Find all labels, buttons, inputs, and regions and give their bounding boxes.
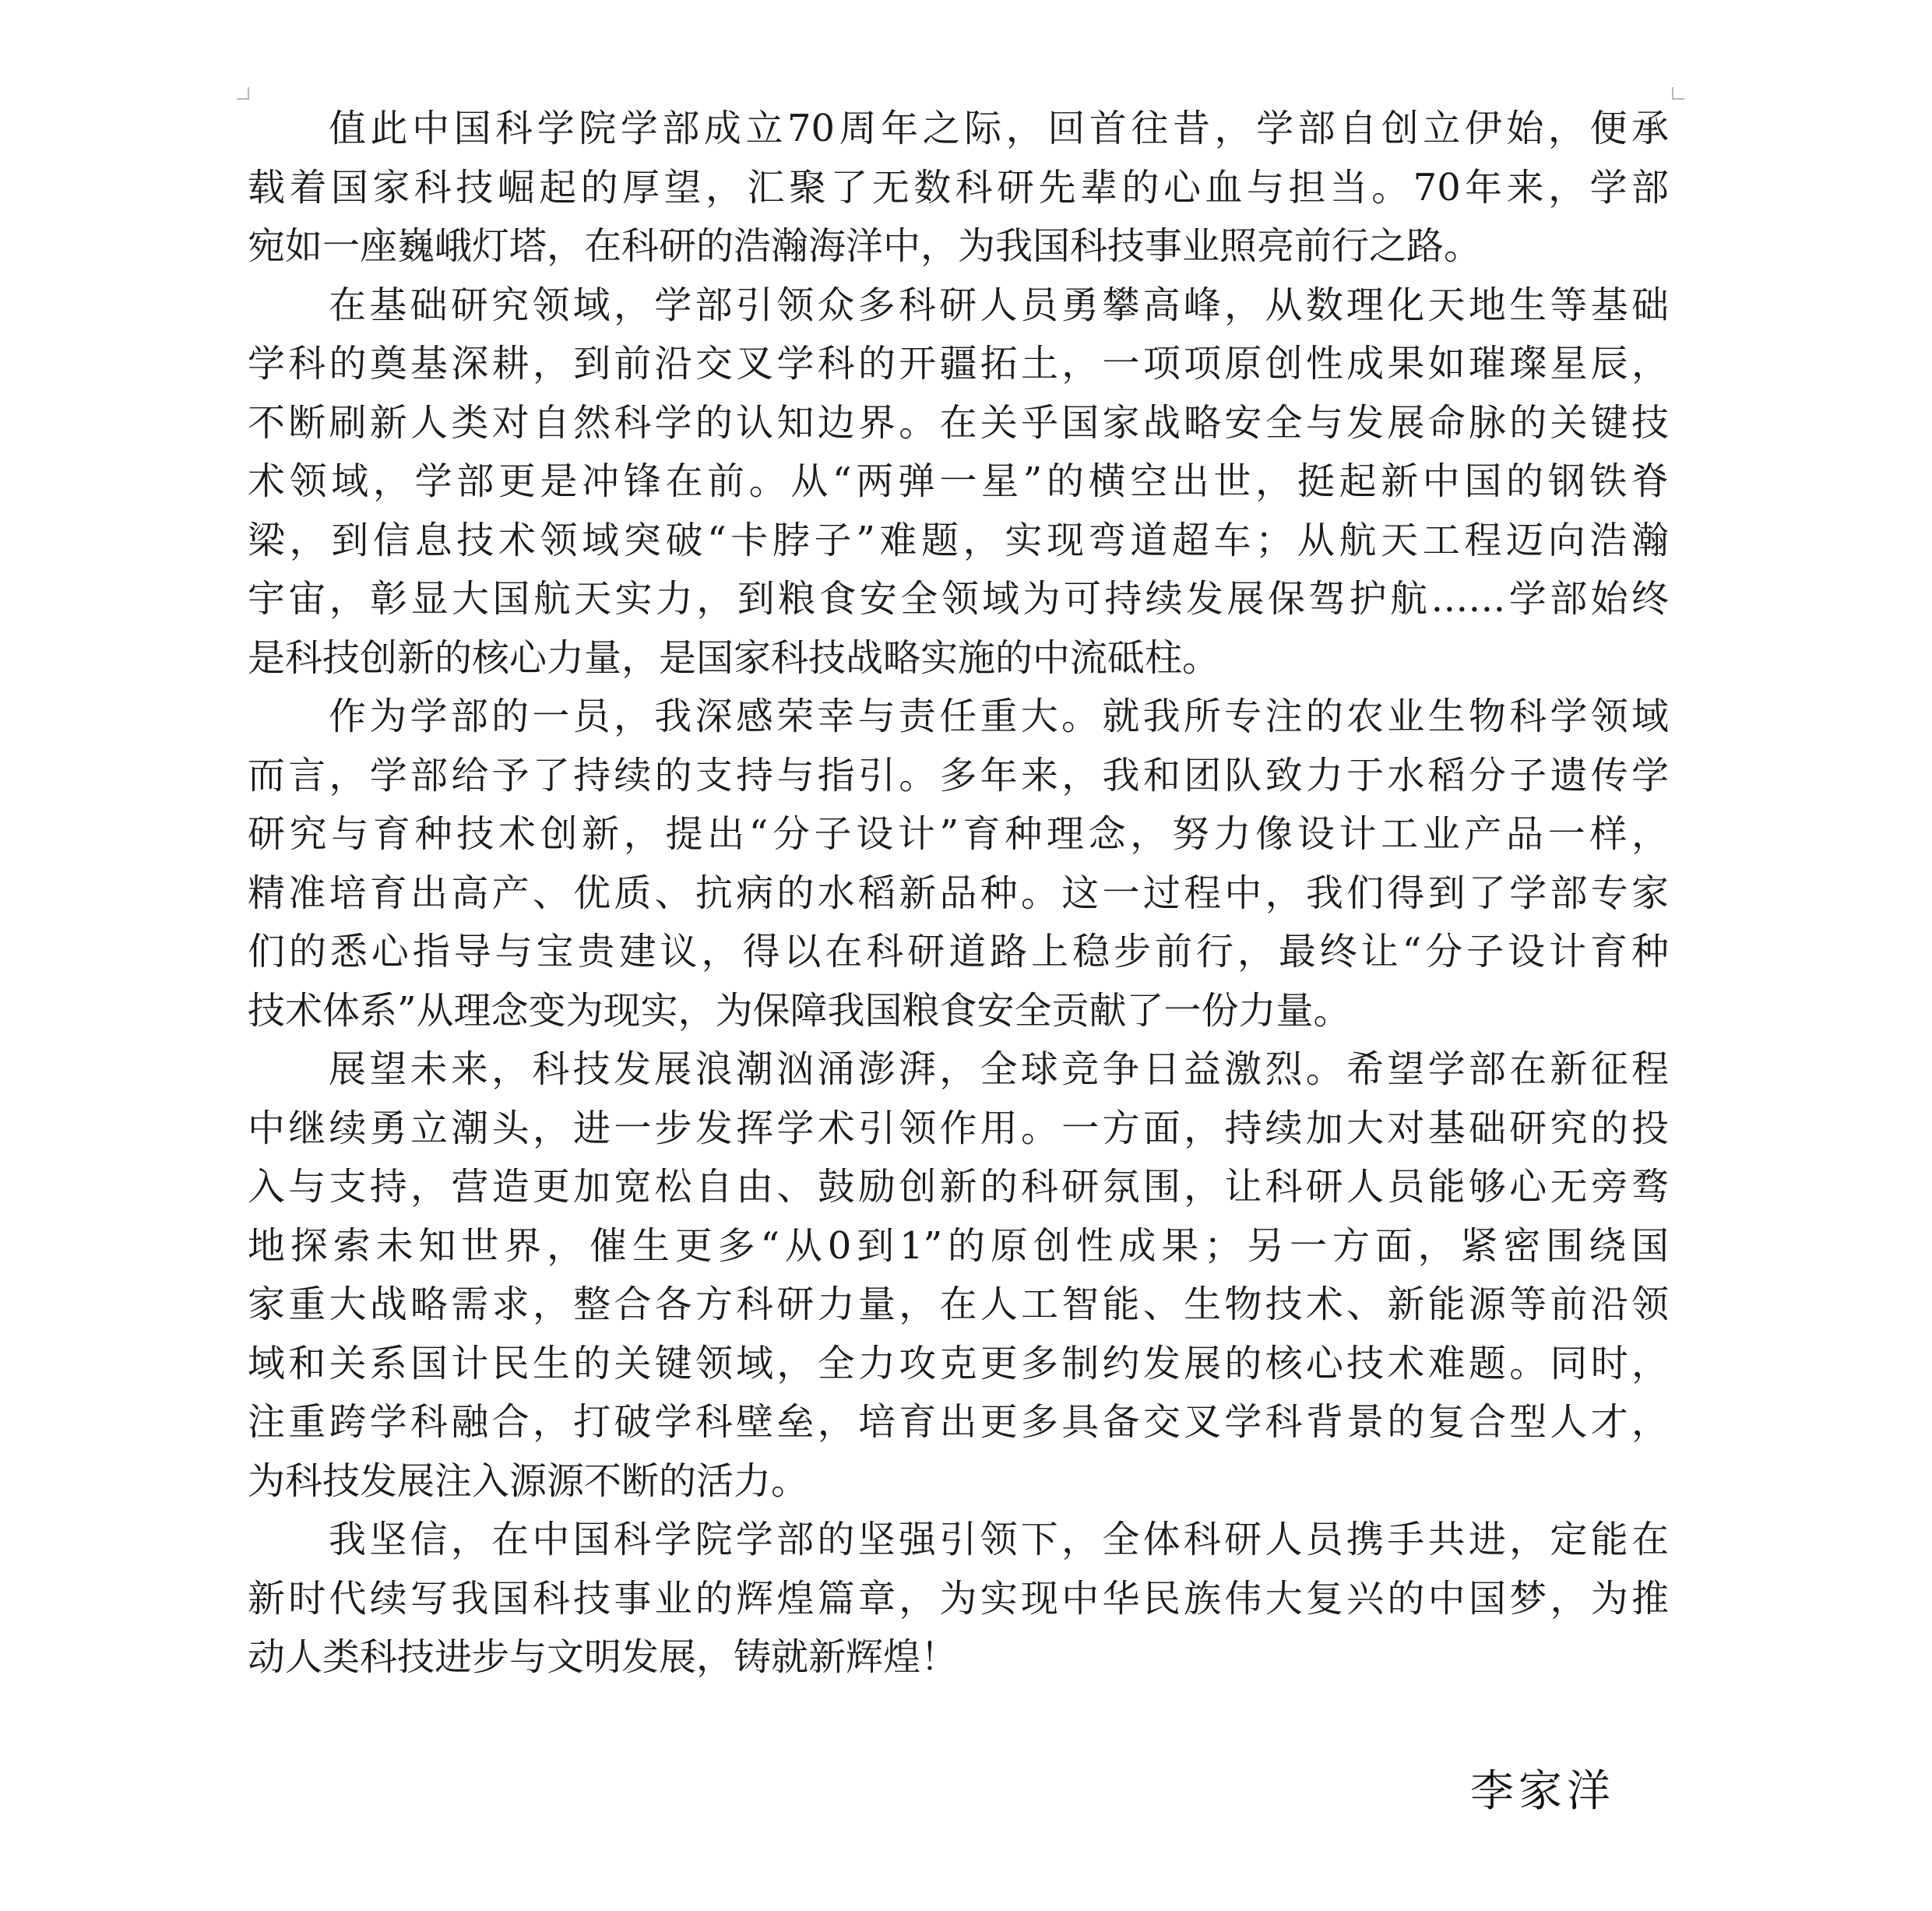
text-line: 为科技发展注入源源不断的活力。 xyxy=(248,1452,1669,1512)
text-line: 我坚信，在中国科学院学部的坚强引领下，全体科研人员携手共进，定能在 xyxy=(248,1511,1669,1570)
text-line: 动人类科技进步与文明发展，铸就新辉煌！ xyxy=(248,1628,1669,1688)
text-line: 宇宙，彰显大国航天实力，到粮食安全领域为可持续发展保驾护航……学部始终 xyxy=(248,570,1669,629)
text-line: 作为学部的一员，我深感荣幸与责任重大。就我所专注的农业生物科学领域 xyxy=(248,688,1669,747)
crop-mark-top-right xyxy=(1672,87,1684,100)
text-line: 梁，到信息技术领域突破“卡脖子”难题，实现弯道超车；从航天工程迈向浩瀚 xyxy=(248,512,1669,571)
text-line: 技术体系”从理念变为现实，为保障我国粮食安全贡献了一份力量。 xyxy=(248,982,1669,1041)
text-line: 新时代续写我国科技事业的辉煌篇章，为实现中华民族伟大复兴的中国梦，为推 xyxy=(248,1570,1669,1629)
author-signature: 李家洋 xyxy=(1470,1757,1615,1819)
text-line: 术领域，学部更是冲锋在前。从“两弹一星”的横空出世，挺起新中国的钢铁脊 xyxy=(248,452,1669,512)
paragraph-3: 作为学部的一员，我深感荣幸与责任重大。就我所专注的农业生物科学领域 而言，学部给… xyxy=(248,688,1669,1040)
text-line: 在基础研究领域，学部引领众多科研人员勇攀高峰，从数理化天地生等基础 xyxy=(248,276,1669,336)
text-line: 中继续勇立潮头，进一步发挥学术引领作用。一方面，持续加大对基础研究的投 xyxy=(248,1100,1669,1159)
paragraph-5: 我坚信，在中国科学院学部的坚强引领下，全体科研人员携手共进，定能在 新时代续写我… xyxy=(248,1511,1669,1688)
text-line: 宛如一座巍峨灯塔，在科研的浩瀚海洋中，为我国科技事业照亮前行之路。 xyxy=(248,217,1669,276)
text-line: 精准培育出高产、优质、抗病的水稻新品种。这一过程中，我们得到了学部专家 xyxy=(248,864,1669,924)
text-line: 研究与育种技术创新，提出“分子设计”育种理念，努力像设计工业产品一样， xyxy=(248,805,1669,864)
text-line: 家重大战略需求，整合各方科研力量，在人工智能、生物技术、新能源等前沿领 xyxy=(248,1276,1669,1335)
text-line: 不断刷新人类对自然科学的认知边界。在关乎国家战略安全与发展命脉的关键技 xyxy=(248,394,1669,453)
paragraph-4: 展望未来，科技发展浪潮汹涌澎湃，全球竞争日益激烈。希望学部在新征程 中继续勇立潮… xyxy=(248,1040,1669,1511)
text-line: 是科技创新的核心力量，是国家科技战略实施的中流砥柱。 xyxy=(248,629,1669,688)
paragraph-1: 值此中国科学院学部成立70周年之际，回首往昔，学部自创立伊始，便承 载着国家科技… xyxy=(248,100,1669,276)
text-line: 地探索未知世界，催生更多“从0到1”的原创性成果；另一方面，紧密围绕国 xyxy=(248,1217,1669,1276)
crop-mark-top-left xyxy=(237,87,249,100)
text-line: 域和关系国计民生的关键领域，全力攻克更多制约发展的核心技术难题。同时， xyxy=(248,1335,1669,1394)
text-line: 载着国家科技崛起的厚望，汇聚了无数科研先辈的心血与担当。70年来，学部 xyxy=(248,159,1669,218)
text-line: 入与支持，营造更加宽松自由、鼓励创新的科研氛围，让科研人员能够心无旁骛 xyxy=(248,1158,1669,1217)
text-line: 展望未来，科技发展浪潮汹涌澎湃，全球竞争日益激烈。希望学部在新征程 xyxy=(248,1040,1669,1100)
paragraph-2: 在基础研究领域，学部引领众多科研人员勇攀高峰，从数理化天地生等基础 学科的奠基深… xyxy=(248,276,1669,688)
text-line: 注重跨学科融合，打破学科壁垒，培育出更多具备交叉学科背景的复合型人才， xyxy=(248,1393,1669,1452)
letter-body: 值此中国科学院学部成立70周年之际，回首往昔，学部自创立伊始，便承 载着国家科技… xyxy=(248,100,1669,1688)
text-line: 而言，学部给予了持续的支持与指引。多年来，我和团队致力于水稻分子遗传学 xyxy=(248,747,1669,806)
text-line: 们的悉心指导与宝贵建议，得以在科研道路上稳步前行，最终让“分子设计育种 xyxy=(248,923,1669,982)
text-line: 学科的奠基深耕，到前沿交叉学科的开疆拓土，一项项原创性成果如璀璨星辰， xyxy=(248,335,1669,394)
text-line: 值此中国科学院学部成立70周年之际，回首往昔，学部自创立伊始，便承 xyxy=(248,100,1669,159)
